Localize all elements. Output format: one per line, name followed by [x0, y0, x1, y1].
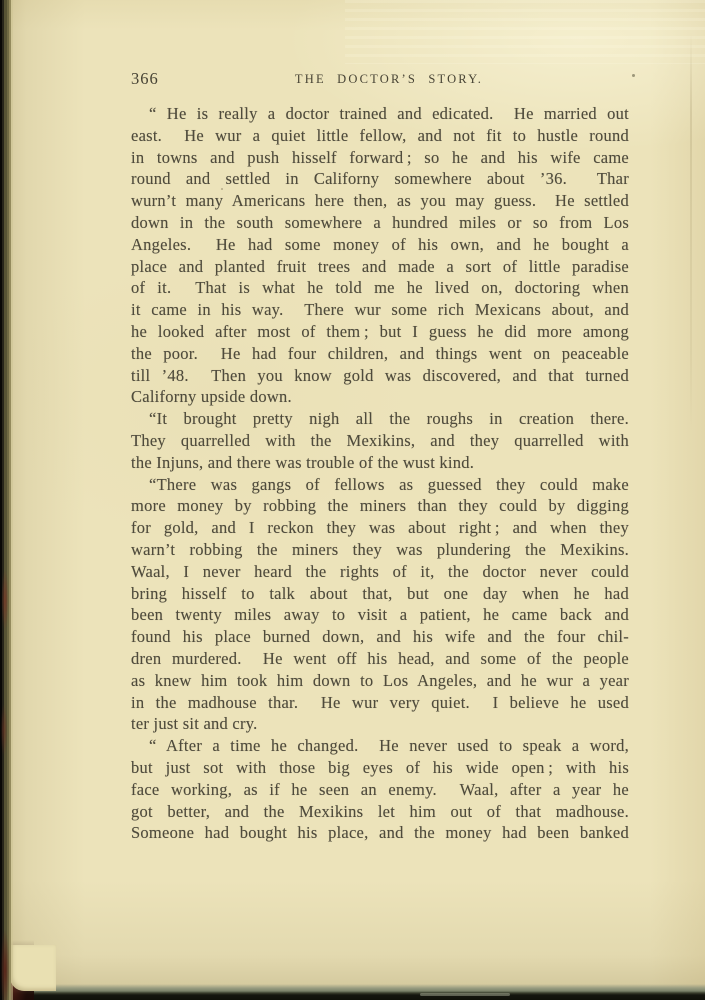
text-line: round and settled in Californy somewhere… — [131, 168, 629, 190]
text-line: place and planted fruit trees and made a… — [131, 256, 629, 278]
text-line: but just sot with those big eyes of his … — [131, 757, 629, 779]
text-line: Waal, I never heard the rights of it, th… — [131, 561, 629, 583]
text-line: of it. That is what he told me he lived … — [131, 277, 629, 299]
text-line: Californy upside down. — [131, 386, 629, 408]
text-line: east. He wur a quiet little fellow, and … — [131, 125, 629, 147]
text-line: “ He is really a doctor trained and edic… — [131, 103, 629, 125]
paragraph: “There was gangs of fellows as guessed t… — [131, 474, 629, 736]
text-line: face working, as if he seen an enemy. Wa… — [131, 779, 629, 801]
paragraph: “ After a time he changed. He never used… — [131, 735, 629, 844]
text-line: found his place burned down, and his wif… — [131, 626, 629, 648]
text-line: got better, and the Mexikins let him out… — [131, 801, 629, 823]
text-line: the Injuns, and there was trouble of the… — [131, 452, 629, 474]
page-edge-highlight — [345, 0, 705, 64]
paper-speck — [632, 74, 635, 77]
running-title: THE DOCTOR’S STORY. — [295, 72, 483, 87]
text-line: till ’48. Then you know gold was discove… — [131, 365, 629, 387]
text-line: Angeles. He had some money of his own, a… — [131, 234, 629, 256]
text-line: the poor. He had four children, and thin… — [131, 343, 629, 365]
text-line: for gold, and I reckon they was about ri… — [131, 517, 629, 539]
text-line: “ After a time he changed. He never used… — [131, 735, 629, 757]
text-line: been twenty miles away to visit a patien… — [131, 604, 629, 626]
text-line: ter just sit and cry. — [131, 713, 629, 735]
text-line: he looked after most of them ; but I gue… — [131, 321, 629, 343]
text-line: more money by robbing the miners than th… — [131, 495, 629, 517]
text-line: in towns and push hisself forward ; so h… — [131, 147, 629, 169]
page-number: 366 — [131, 69, 159, 89]
text-line: it came in his way. There wur some rich … — [131, 299, 629, 321]
paragraph: “It brought pretty nigh all the roughs i… — [131, 408, 629, 473]
text-line: They quarrelled with the Mexikins, and t… — [131, 430, 629, 452]
text-line: “It brought pretty nigh all the roughs i… — [131, 408, 629, 430]
text-line: warn’t robbing the miners they was plund… — [131, 539, 629, 561]
page-crease — [690, 32, 692, 432]
text-line: Someone had bought his place, and the mo… — [131, 822, 629, 844]
scanned-book-page: 366 THE DOCTOR’S STORY. “ He is really a… — [0, 0, 705, 1000]
text-line: “There was gangs of fellows as guessed t… — [131, 474, 629, 496]
text-block: “ He is really a doctor trained and edic… — [131, 103, 629, 844]
text-line: as knew him took him down to Los Angeles… — [131, 670, 629, 692]
text-line: dren murdered. He went off his head, and… — [131, 648, 629, 670]
page-bottom-left-corner — [10, 945, 56, 991]
text-line: wurn’t many Americans here then, as you … — [131, 190, 629, 212]
text-line: bring hisself to talk about that, but on… — [131, 583, 629, 605]
text-line: down in the south somewhere a hundred mi… — [131, 212, 629, 234]
book-bottom-edge — [0, 984, 705, 1000]
paragraph: “ He is really a doctor trained and edic… — [131, 103, 629, 408]
book-gutter-edge — [0, 0, 13, 1000]
page-header: 366 THE DOCTOR’S STORY. — [131, 69, 629, 89]
text-line: in the madhouse thar. He wur very quiet.… — [131, 692, 629, 714]
